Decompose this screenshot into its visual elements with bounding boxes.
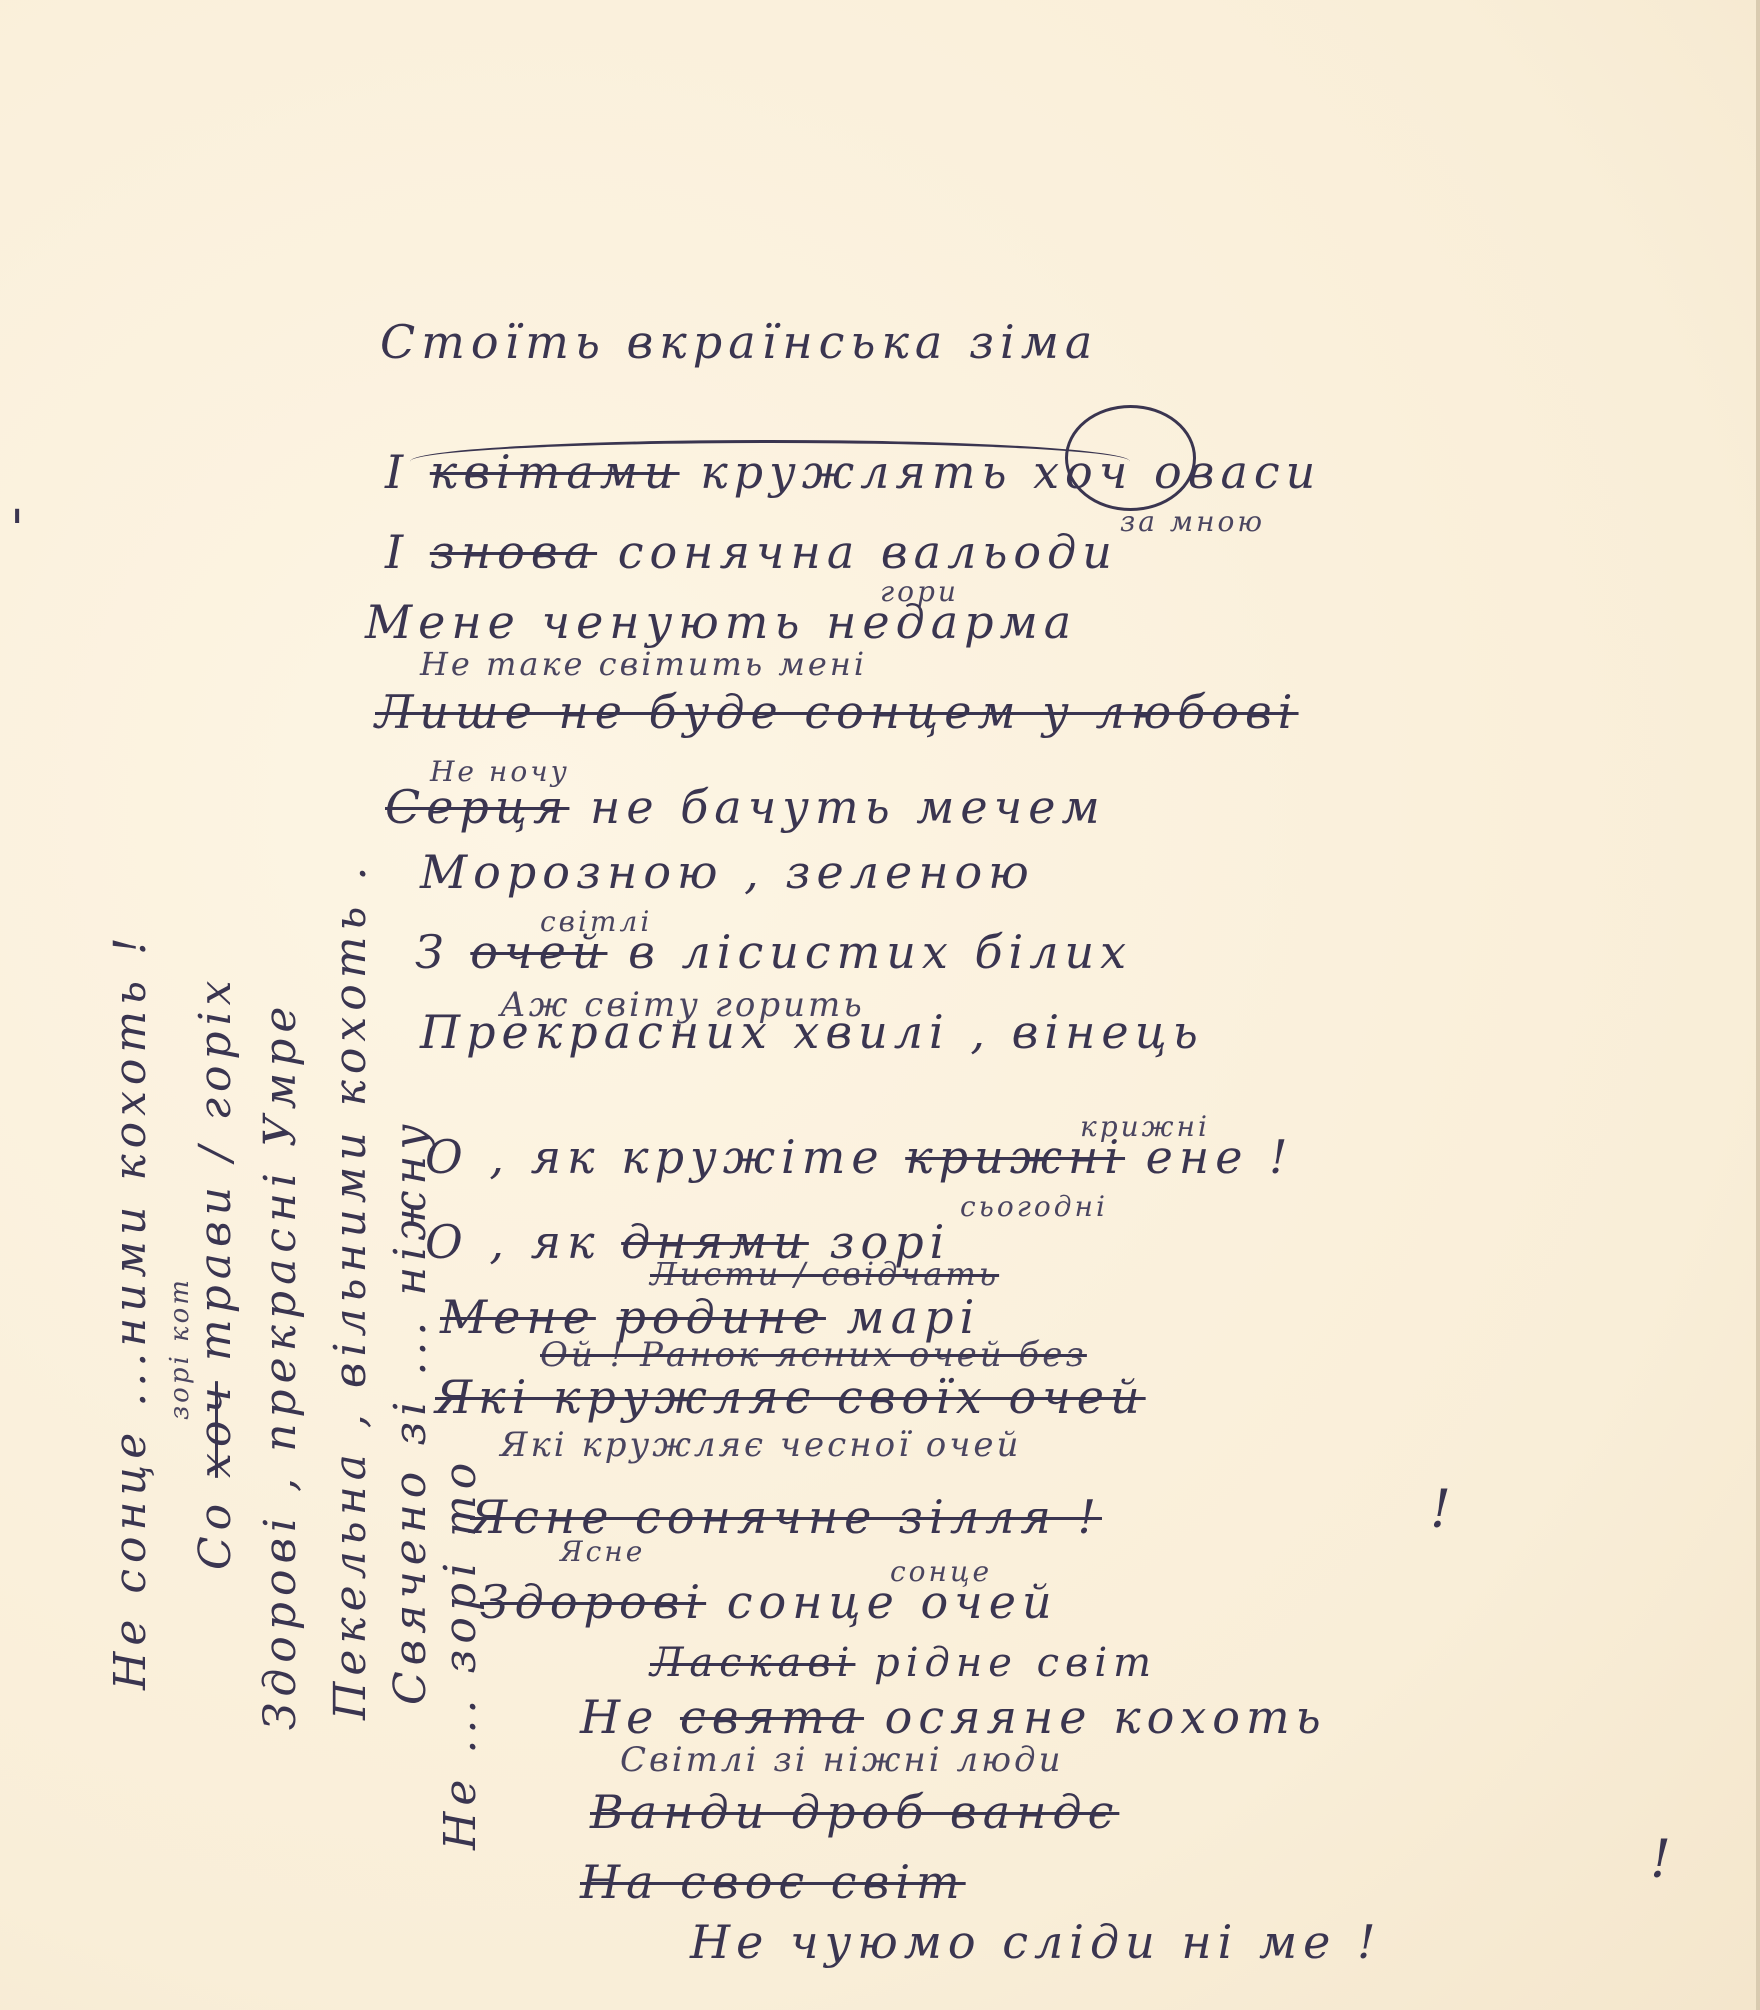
- struck-word: свята: [680, 1690, 864, 1744]
- margin-line-6: Не ... зорі то: [435, 1457, 486, 1850]
- line-13-struck: Які кружляє своїх очей: [435, 1370, 1146, 1424]
- line-19-struck: На своє світ: [580, 1855, 966, 1909]
- margin-line-5: Свячено зі ... ніжну: [385, 1118, 436, 1705]
- margin-extra: трави / горіх: [190, 975, 241, 1362]
- struck-word: Серця: [385, 780, 569, 834]
- line-3: І знова сонячна вальоди: [385, 525, 1118, 579]
- prefix: З: [415, 925, 470, 979]
- line-10-start: О , як кружіте: [425, 1130, 905, 1184]
- margin-line-3: Здорові , прекрасні Умре: [255, 1001, 306, 1730]
- line-8-rest: в лісистих білих: [607, 925, 1132, 979]
- struck-word: очей: [470, 925, 607, 979]
- line-9: Прекрасних хвилі , вінець: [420, 1005, 1204, 1059]
- page-edge: [1756, 0, 1760, 2010]
- insertion-line: сьогодні: [960, 1190, 1108, 1223]
- exclamation-mark: !: [1430, 1480, 1451, 1540]
- line-4: Мене ченують недарма: [365, 595, 1077, 649]
- struck-line: Ой ! Ранок ясних очей без: [540, 1335, 1087, 1375]
- struck-insertion: Листи / свідчать: [650, 1255, 999, 1293]
- line-2: І квітами кружлять хоч оваси: [385, 445, 1321, 499]
- line-7: Морозною , зеленою: [420, 845, 1035, 899]
- struck-word: знова: [430, 525, 597, 579]
- insertion-line: Ясне: [560, 1535, 645, 1568]
- line-10: О , як кружіте крижні ене !: [425, 1130, 1294, 1184]
- line-8: З очей в лісистих білих: [415, 925, 1132, 979]
- line-16-rest: рідне світ: [855, 1640, 1157, 1686]
- insertion-line: Які кружляє чесної очей: [500, 1425, 1021, 1465]
- line-20: Не чуюмо сліди ні ме !: [690, 1915, 1381, 1969]
- line-17: Не свята осяяне кохоть: [580, 1690, 1327, 1744]
- margin-prefix: Со: [190, 1478, 241, 1570]
- line-3-rest: сонячна вальоди: [597, 525, 1118, 579]
- insertion: за мною: [1120, 505, 1265, 538]
- line-10-tail: ене !: [1125, 1130, 1293, 1184]
- manuscript-page: Стоїть вкраїнська зіма І квітами кружлят…: [0, 0, 1760, 2010]
- line-16: Ласкаві рідне світ: [650, 1640, 1157, 1686]
- line-11-start: О , як: [425, 1215, 621, 1269]
- prefix: Не: [580, 1690, 680, 1744]
- apostrophe-mark: ': [10, 500, 24, 560]
- prefix-i: І: [385, 445, 430, 499]
- prefix-i: І: [385, 525, 430, 579]
- struck-word: Ласкаві: [650, 1640, 855, 1686]
- struck-word: крижні: [905, 1130, 1125, 1184]
- line-6: Серця не бачуть мечем: [385, 780, 1106, 834]
- insertion-line: Світлі зі ніжні люди: [620, 1740, 1064, 1780]
- insertion-line: Не таке світить мені: [420, 645, 867, 683]
- struck-word: хоч: [190, 1381, 241, 1478]
- line-1: Стоїть вкраїнська зіма: [380, 315, 1098, 369]
- struck-word: Здорові: [480, 1575, 706, 1629]
- line-2-tail: оваси: [1154, 445, 1321, 499]
- exclamation-mark: !: [1650, 1830, 1671, 1890]
- line-5-struck: Лише не буде сонцем у любові: [375, 685, 1299, 739]
- margin-line-4: Пекельна , вільними кохоть .: [325, 861, 376, 1720]
- margin-line-1: Не сонце ...ними кохоть !: [105, 931, 156, 1690]
- line-15: Здорові сонце очей: [480, 1575, 1058, 1629]
- line-18-struck: Ванди дроб вандє: [590, 1785, 1119, 1839]
- line-2-rest: кружлять хоч: [700, 445, 1154, 499]
- line-6-rest: не бачуть мечем: [569, 780, 1105, 834]
- margin-line-2: Со хоч трави / горіх: [190, 975, 241, 1571]
- line-15-rest: сонце очей: [706, 1575, 1057, 1629]
- line-17-rest: осяяне кохоть: [864, 1690, 1327, 1744]
- struck-word: квітами: [430, 445, 680, 499]
